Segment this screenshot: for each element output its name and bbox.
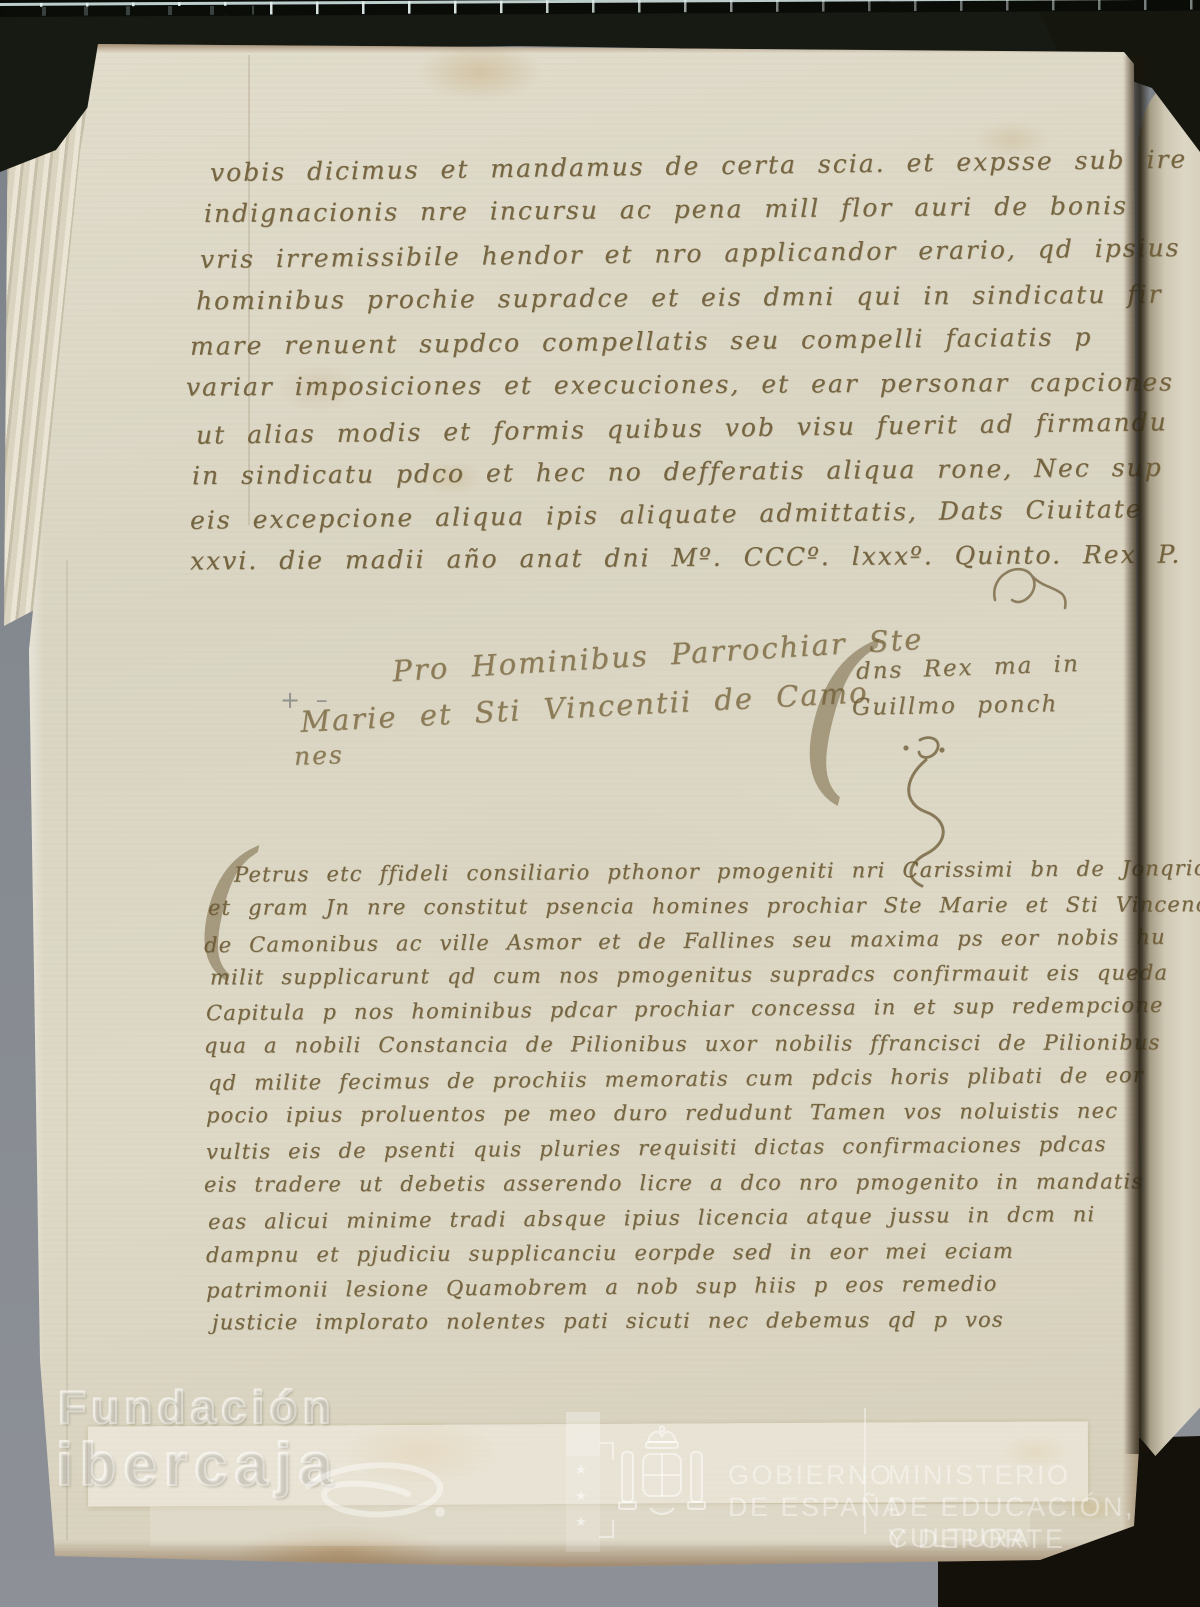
watermark-ministerio-line3: Y DEPORTE xyxy=(888,1524,1066,1555)
manuscript-line: variar imposiciones et execuciones, et e… xyxy=(186,368,1174,401)
star-icon: ★ xyxy=(575,1514,587,1530)
gutter-shadow xyxy=(1124,56,1150,1454)
manuscript-line: dampnu et pjudiciu supplicanciu eorpde s… xyxy=(206,1240,1014,1267)
manuscript-line: et gram Jn nre constitut psencia homines… xyxy=(208,893,1200,920)
manuscript-line: justicie implorato nolentes pati sicuti … xyxy=(212,1309,1004,1335)
margin-note-line: Guillmo ponch xyxy=(852,692,1059,721)
watermark-divider xyxy=(864,1408,866,1534)
watermark-ministerio-line1: MINISTERIO xyxy=(888,1460,1071,1491)
pen-flourish-icon xyxy=(985,552,1080,627)
manuscript-photo: vobis dicimus et mandamus de certa scia.… xyxy=(0,0,1200,1607)
watermark-gobierno-line1: GOBIERNO xyxy=(728,1460,894,1491)
star-strip-block xyxy=(566,1412,600,1456)
ruler-blocks xyxy=(4,6,254,16)
watermark-gobierno-line2: DE ESPAÑA xyxy=(728,1492,903,1523)
watermark-fundacion: Fundación xyxy=(58,1380,336,1434)
manuscript-line: eis tradere ut debetis asserendo licre a… xyxy=(204,1170,1143,1196)
spain-coat-of-arms-icon xyxy=(612,1424,712,1536)
star-icon: ★ xyxy=(575,1488,587,1504)
star-strip-icon: ★ ★ ★ xyxy=(566,1412,600,1552)
manuscript-line: pocio ipius proluentos pe meo duro redud… xyxy=(206,1100,1118,1128)
star-icon: ★ xyxy=(575,1462,587,1478)
manuscript-line: qua a nobili Constancia de Pilionibus ux… xyxy=(204,1031,1161,1057)
center-note-line: nes xyxy=(294,741,345,770)
ibercaja-logo-icon xyxy=(288,1452,463,1532)
